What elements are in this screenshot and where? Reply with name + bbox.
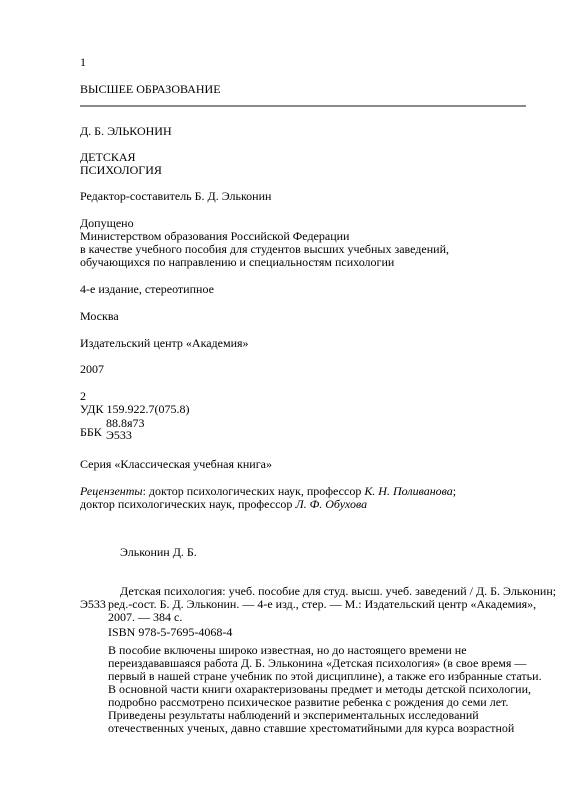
annotation-line-3: первый в нашей стране учебник по этой ди… xyxy=(108,669,542,683)
udk-code: УДК 159.922.7(075.8) xyxy=(80,402,189,416)
annotation-line-4: В основной части книги охарактеризованы … xyxy=(108,682,531,696)
catalog-author: Эльконин Д. Б. xyxy=(120,545,197,559)
approval-line-2: Министерством образования Российской Фед… xyxy=(80,229,349,243)
bbk-label: ББК xyxy=(80,425,102,439)
page-number-2: 2 xyxy=(80,389,86,403)
book-title-line-2: ПСИХОЛОГИЯ xyxy=(80,163,162,177)
bbk-values: 88.8я73 Э533 xyxy=(106,417,145,441)
bbk-author-mark: Э533 xyxy=(106,429,145,441)
annotation-line-2: переиздававшаяся работа Д. Б. Эльконина … xyxy=(108,656,526,670)
horizontal-rule xyxy=(80,105,526,107)
catalog-line-2: ред.-сост. Б. Д. Эльконин. — 4-е изд., с… xyxy=(108,597,536,611)
reviewers-line-1: Рецензенты: доктор психологических наук,… xyxy=(80,484,456,498)
reviewer-1-end: ; xyxy=(453,484,456,498)
reviewers-label: Рецензенты xyxy=(80,484,143,498)
catalog-line-1: Детская психология: учеб. пособие для ст… xyxy=(120,584,556,598)
reviewer-2-name: Л. Ф. Обухова xyxy=(295,497,367,511)
annotation-line-6: Приведены результаты наблюдений и экспер… xyxy=(108,708,479,722)
reviewer-1-title: : доктор психологических наук, профессор xyxy=(143,484,365,498)
isbn: ISBN 978-5-7695-4068-4 xyxy=(108,625,232,639)
approval-line-4: обучающихся по направлению и специальнос… xyxy=(80,255,394,269)
year: 2007 xyxy=(80,362,104,376)
page-number-1: 1 xyxy=(80,55,86,69)
reviewer-2-title: доктор психологических наук, профессор xyxy=(80,497,295,511)
annotation-line-7: отечественных ученых, давно ставшие хрес… xyxy=(108,721,514,735)
annotation-line-1: В пособие включены широко известная, но … xyxy=(108,643,467,657)
edition-note: 4-е издание, стереотипное xyxy=(80,282,214,296)
series-name: Серия «Классическая учебная книга» xyxy=(80,457,272,471)
editor-credit: Редактор-составитель Б. Д. Эльконин xyxy=(80,189,271,203)
city: Москва xyxy=(80,309,119,323)
publisher: Издательский центр «Академия» xyxy=(80,336,249,350)
annotation-line-5: подробно рассмотрено психическое развити… xyxy=(108,695,508,709)
approval-line-3: в качестве учебного пособия для студенто… xyxy=(80,242,449,256)
author-name: Д. Б. ЭЛЬКОНИН xyxy=(80,124,172,138)
reviewer-1-name: К. Н. Поливанова xyxy=(364,484,452,498)
reviewers-line-2: доктор психологических наук, профессор Л… xyxy=(80,497,367,511)
catalog-side-code: Э533 xyxy=(80,597,106,611)
approval-line-1: Допущено xyxy=(80,216,134,230)
catalog-line-3: 2007. — 384 с. xyxy=(108,610,182,624)
series-header: ВЫСШЕЕ ОБРАЗОВАНИЕ xyxy=(80,82,221,96)
book-title-line-1: ДЕТСКАЯ xyxy=(80,150,136,164)
